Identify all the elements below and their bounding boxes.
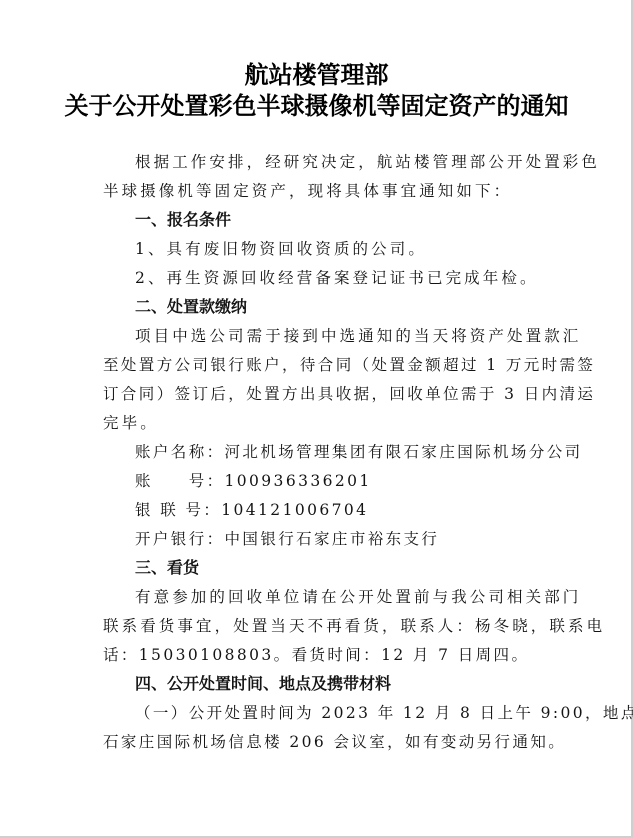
section-2-paragraph-line-1: 项目中选公司需于接到中选通知的当天将资产处置款汇 <box>135 326 585 346</box>
account-number-label: 账 号： <box>135 472 225 490</box>
section-4-paragraph-line-1: （一）公开处置时间为 2023 年 12 月 8 日上午 9:00，地点： <box>135 703 585 723</box>
section-1-item-1: 1、具有废旧物资回收资质的公司。 <box>135 239 585 259</box>
document-title-notice: 关于公开处置彩色半球摄像机等固定资产的通知 <box>0 86 633 121</box>
intro-paragraph-line-2: 半球摄像机等固定资产，现将具体事宜通知如下： <box>103 181 553 201</box>
union-number-row: 银 联 号：104121006704 <box>135 500 585 520</box>
section-3-paragraph-line-1: 有意参加的回收单位请在公开处置前与我公司相关部门 <box>135 587 585 607</box>
section-2-paragraph-line-4: 完毕。 <box>103 413 553 433</box>
section-4-paragraph-line-2: 石家庄国际机场信息楼 206 会议室，如有变动另行通知。 <box>103 732 553 752</box>
section-3-heading: 三、看货 <box>135 558 585 578</box>
section-3-paragraph-line-3: 话：15030108803。看货时间：12 月 7 日周四。 <box>103 645 553 665</box>
intro-paragraph-line-1: 根据工作安排，经研究决定，航站楼管理部公开处置彩色 <box>135 152 585 172</box>
account-number-value: 100936336201 <box>225 472 372 490</box>
section-3-paragraph-line-2: 联系看货事宜，处置当天不再看货，联系人：杨冬晓，联系电 <box>103 616 553 636</box>
document-title-department: 航站楼管理部 <box>0 55 633 90</box>
section-2-paragraph-line-3: 订合同）签订后，处置方出具收据，回收单位需于 3 日内清运 <box>103 384 553 404</box>
section-2-heading: 二、处置款缴纳 <box>135 297 585 317</box>
section-1-heading: 一、报名条件 <box>135 210 585 230</box>
union-number-label: 银 联 号： <box>135 501 221 519</box>
bank-row: 开户银行：中国银行石家庄市裕东支行 <box>135 529 585 549</box>
account-number-row: 账 号：100936336201 <box>135 471 585 491</box>
bank-value: 中国银行石家庄市裕东支行 <box>225 530 440 548</box>
section-2-paragraph-line-2: 至处置方公司银行账户，待合同（处置金额超过 1 万元时需签 <box>103 355 553 375</box>
account-name-value: 河北机场管理集团有限石家庄国际机场分公司 <box>225 443 583 461</box>
union-number-value: 104121006704 <box>221 501 368 519</box>
section-1-item-2: 2、再生资源回收经营备案登记证书已完成年检。 <box>135 268 585 288</box>
bank-label: 开户银行： <box>135 530 225 548</box>
section-4-heading: 四、公开处置时间、地点及携带材料 <box>135 674 585 694</box>
account-name-row: 账户名称：河北机场管理集团有限石家庄国际机场分公司 <box>135 442 585 462</box>
account-name-label: 账户名称： <box>135 443 225 461</box>
